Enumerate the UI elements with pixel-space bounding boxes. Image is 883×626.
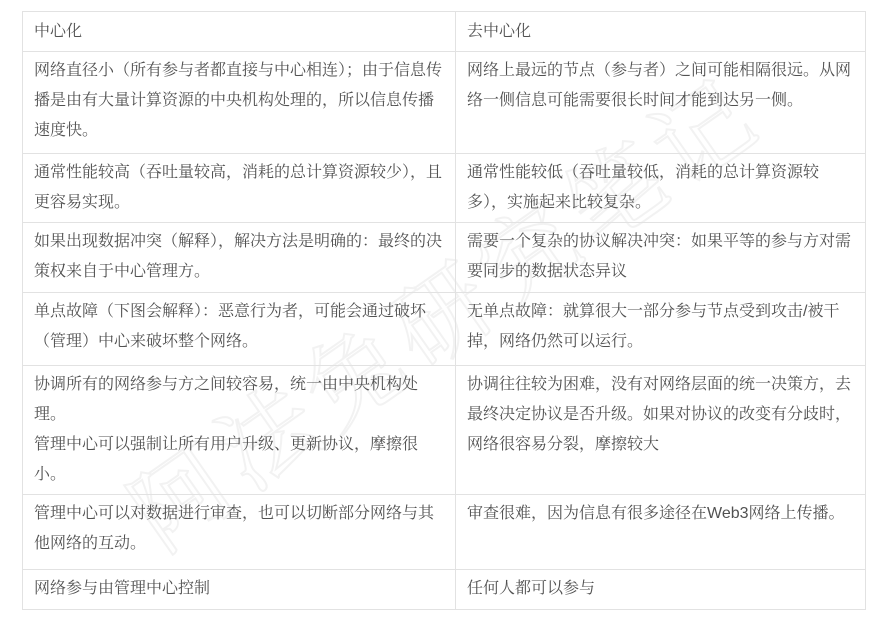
page: 阿法兔研究笔记 中心化 去中心化 网络直径小（所有参与者都直接与中心相连）；由于… xyxy=(0,0,883,626)
cell-performance-centralized: 通常性能较高（吞吐量较高，消耗的总计算资源较少），且更容易实现。 xyxy=(23,154,456,223)
table-row: 网络直径小（所有参与者都直接与中心相连）；由于信息传播是由有大量计算资源的中央机… xyxy=(23,52,866,154)
table-row: 单点故障（下图会解释）：恶意行为者，可能会通过破坏（管理）中心来破坏整个网络。 … xyxy=(23,293,866,366)
header-centralized: 中心化 xyxy=(23,12,456,52)
table-row: 网络参与由管理中心控制 任何人都可以参与 xyxy=(23,570,866,610)
cell-coordination-decentralized: 协调往往较为困难，没有对网络层面的统一决策方，去最终决定协议是否升级。如果对协议… xyxy=(456,366,866,495)
cell-conflict-resolution-centralized: 如果出现数据冲突（解释），解决方法是明确的：最终的决策权来自于中心管理方。 xyxy=(23,223,456,293)
cell-conflict-resolution-decentralized: 需要一个复杂的协议解决冲突：如果平等的参与方对需要同步的数据状态异议 xyxy=(456,223,866,293)
header-decentralized: 去中心化 xyxy=(456,12,866,52)
cell-single-point-failure-decentralized: 无单点故障：就算很大一部分参与节点受到攻击/被干掉，网络仍然可以运行。 xyxy=(456,293,866,366)
cell-participation-centralized: 网络参与由管理中心控制 xyxy=(23,570,456,610)
cell-coordination-centralized: 协调所有的网络参与方之间较容易，统一由中央机构处理。 管理中心可以强制让所有用户… xyxy=(23,366,456,495)
cell-censorship-decentralized: 审查很难，因为信息有很多途径在Web3网络上传播。 xyxy=(456,495,866,570)
cell-network-diameter-centralized: 网络直径小（所有参与者都直接与中心相连）；由于信息传播是由有大量计算资源的中央机… xyxy=(23,52,456,154)
cell-participation-decentralized: 任何人都可以参与 xyxy=(456,570,866,610)
cell-network-diameter-decentralized: 网络上最远的节点（参与者）之间可能相隔很远。从网络一侧信息可能需要很长时间才能到… xyxy=(456,52,866,154)
table-row: 如果出现数据冲突（解释），解决方法是明确的：最终的决策权来自于中心管理方。 需要… xyxy=(23,223,866,293)
table-row: 管理中心可以对数据进行审查，也可以切断部分网络与其他网络的互动。 审查很难，因为… xyxy=(23,495,866,570)
cell-performance-decentralized: 通常性能较低（吞吐量较低，消耗的总计算资源较多），实施起来比较复杂。 xyxy=(456,154,866,223)
cell-single-point-failure-centralized: 单点故障（下图会解释）：恶意行为者，可能会通过破坏（管理）中心来破坏整个网络。 xyxy=(23,293,456,366)
table-row: 协调所有的网络参与方之间较容易，统一由中央机构处理。 管理中心可以强制让所有用户… xyxy=(23,366,866,495)
cell-censorship-centralized: 管理中心可以对数据进行审查，也可以切断部分网络与其他网络的互动。 xyxy=(23,495,456,570)
comparison-table: 中心化 去中心化 网络直径小（所有参与者都直接与中心相连）；由于信息传播是由有大… xyxy=(22,11,866,610)
table-header-row: 中心化 去中心化 xyxy=(23,12,866,52)
table-row: 通常性能较高（吞吐量较高，消耗的总计算资源较少），且更容易实现。 通常性能较低（… xyxy=(23,154,866,223)
